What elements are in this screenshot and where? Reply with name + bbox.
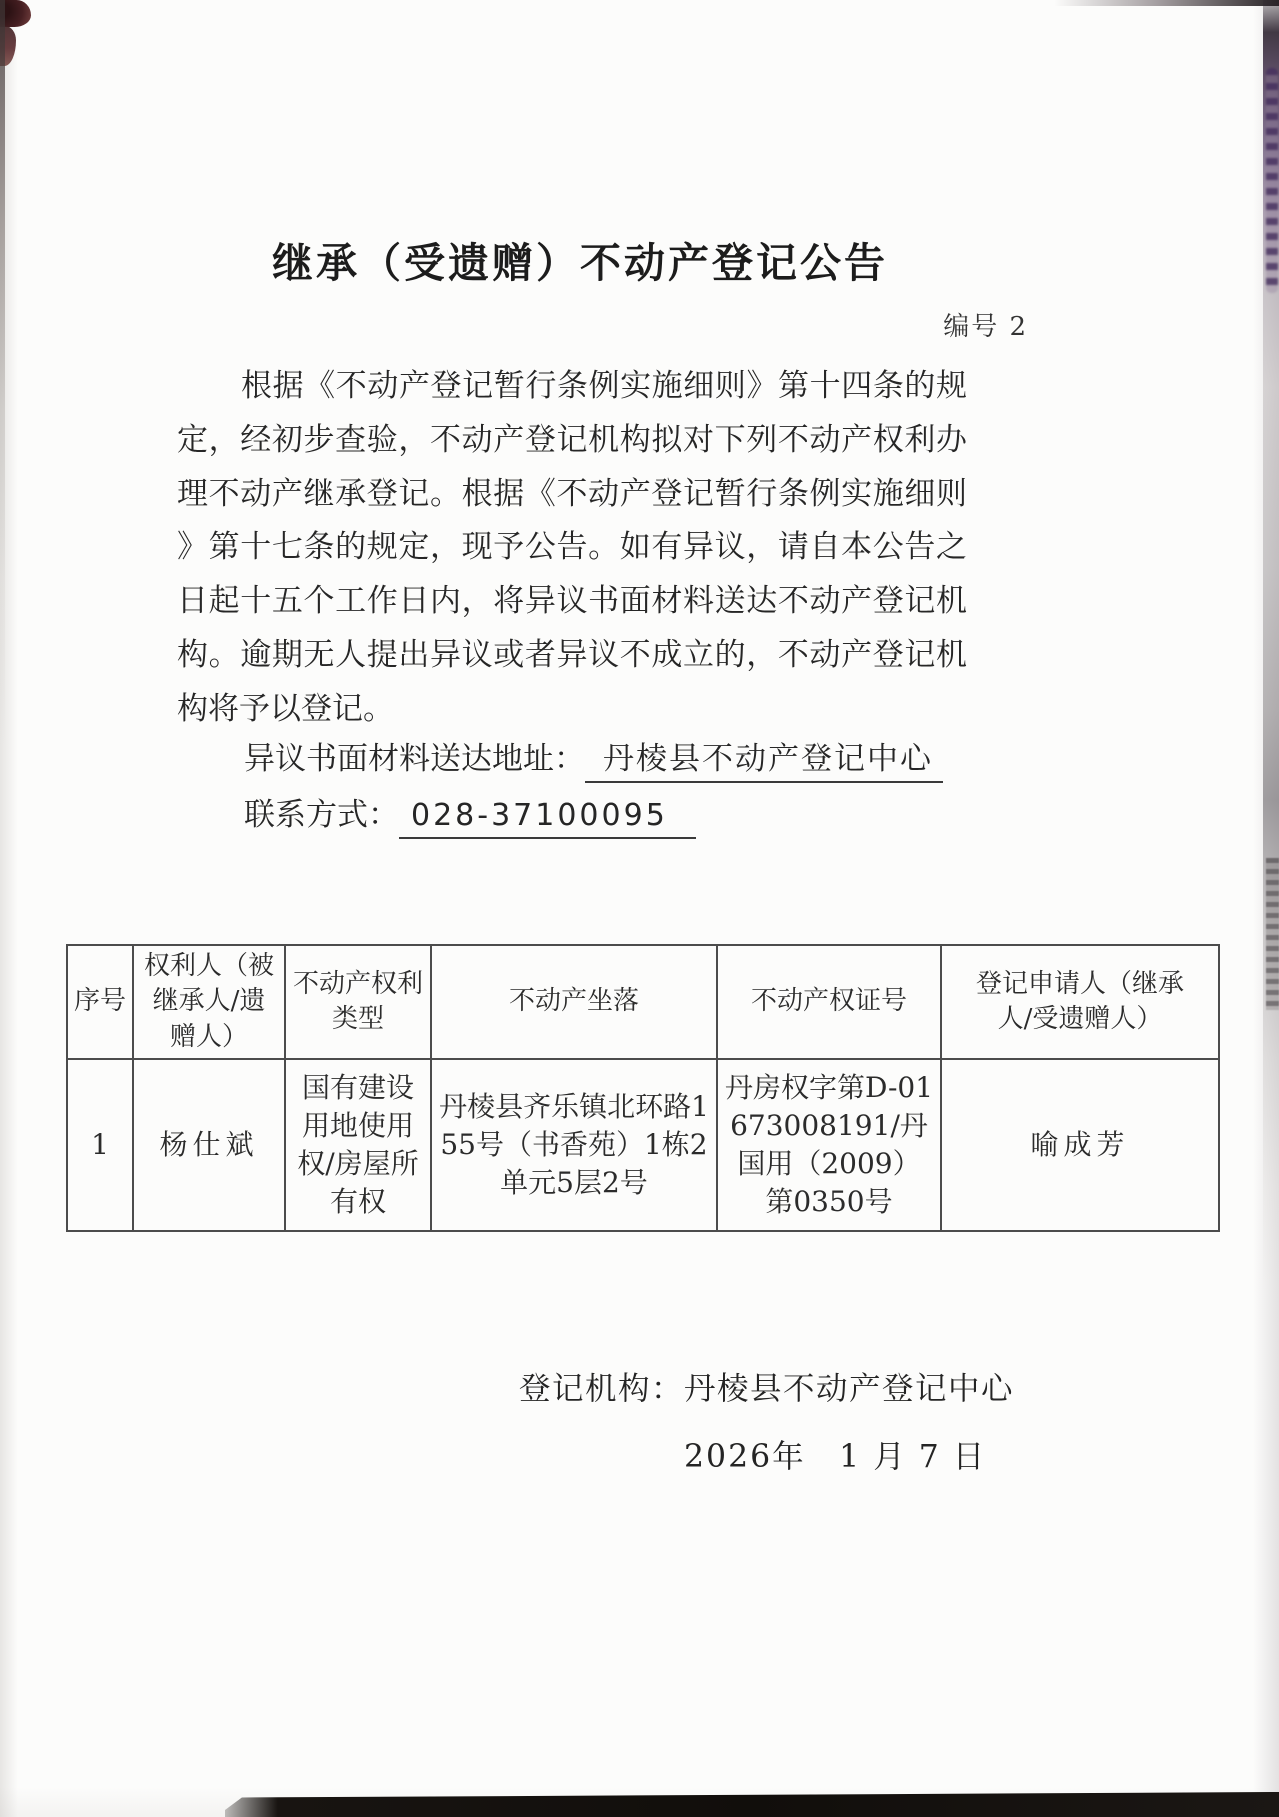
registry-org-value: 丹棱县不动产登记中心 <box>684 1371 1014 1407</box>
contact-line: 联系方式：028-37100095 <box>244 789 696 839</box>
col-header-cert-number: 不动产权证号 <box>717 945 941 1059</box>
table-row: 1 杨仕斌 国有建设用地使用权/房屋所有权 丹棱县齐乐镇北环路155号（书香苑）… <box>67 1059 1219 1231</box>
scan-left-edge-shadow <box>0 0 5 745</box>
col-header-right-type: 不动产权利类型 <box>285 945 431 1059</box>
paragraph-line: 》第十七条的规定，现予公告。如有异议，请自本公告之 <box>177 521 967 575</box>
objection-address-value: 丹棱县不动产登记中心 <box>585 733 943 783</box>
cell-cert-number: 丹房权字第D-01673008191/丹国用（2009）第0350号 <box>717 1059 941 1231</box>
issue-date: 2026年 1 月 7 日 <box>684 1432 986 1477</box>
col-header-rights-holder-text: 权利人（被继承人/遗赠人） <box>140 949 278 1054</box>
paragraph-line: 日起十五个工作日内，将异议书面材料送达不动产登记机 <box>177 575 967 629</box>
scan-bottom-band <box>225 1792 1279 1817</box>
contact-label: 联系方式： <box>244 797 399 833</box>
col-header-applicant-text: 登记申请人（继承人/受遗赠人） <box>964 967 1196 1037</box>
registry-org-line: 登记机构：丹棱县不动产登记中心 <box>519 1364 1014 1409</box>
scan-right-edge-texture <box>1266 858 1279 1010</box>
col-header-location: 不动产坐落 <box>431 945 717 1059</box>
scanned-announcement-page: 继承（受遗赠）不动产登记公告 编号 2 根据《不动产登记暂行条例实施细则》第十四… <box>0 0 1279 1817</box>
page-title: 继承（受遗赠）不动产登记公告 <box>60 230 1100 289</box>
paragraph-line: 构。逾期无人提出异议或者异议不成立的，不动产登记机 <box>177 629 967 683</box>
paragraph-line: 定，经初步查验，不动产登记机构拟对下列不动产权利办 <box>177 414 967 468</box>
cell-location: 丹棱县齐乐镇北环路155号（书香苑）1栋2单元5层2号 <box>431 1059 717 1231</box>
scan-top-right-edge <box>1054 0 1279 6</box>
cell-applicant: 喻成芳 <box>941 1059 1219 1231</box>
paragraph-line: 理不动产继承登记。根据《不动产登记暂行条例实施细则 <box>177 468 967 522</box>
cell-right-type: 国有建设用地使用权/房屋所有权 <box>285 1059 431 1231</box>
scan-right-edge-spine-text <box>1266 68 1278 293</box>
paragraph-line: 构将予以登记。 <box>177 683 967 737</box>
paragraph-line: 根据《不动产登记暂行条例实施细则》第十四条的规 <box>177 360 967 414</box>
registry-org-label: 登记机构： <box>519 1371 684 1407</box>
doc-number: 编号 2 <box>60 306 1028 343</box>
cell-rights-holder: 杨仕斌 <box>133 1059 285 1231</box>
objection-address-line: 异议书面材料送达地址：丹棱县不动产登记中心 <box>244 733 943 783</box>
body-paragraph: 根据《不动产登记暂行条例实施细则》第十四条的规 定，经初步查验，不动产登记机构拟… <box>177 360 967 737</box>
col-header-index: 序号 <box>67 945 133 1059</box>
cell-index: 1 <box>67 1059 133 1231</box>
registration-table: 序号 权利人（被继承人/遗赠人） 不动产权利类型 不动产坐落 不动产权证号 登记… <box>66 944 1220 1232</box>
contact-phone-value: 028-37100095 <box>399 798 696 839</box>
objection-address-label: 异议书面材料送达地址： <box>244 741 585 777</box>
table-header-row: 序号 权利人（被继承人/遗赠人） 不动产权利类型 不动产坐落 不动产权证号 登记… <box>67 945 1219 1059</box>
col-header-applicant: 登记申请人（继承人/受遗赠人） <box>941 945 1219 1059</box>
col-header-rights-holder: 权利人（被继承人/遗赠人） <box>133 945 285 1059</box>
